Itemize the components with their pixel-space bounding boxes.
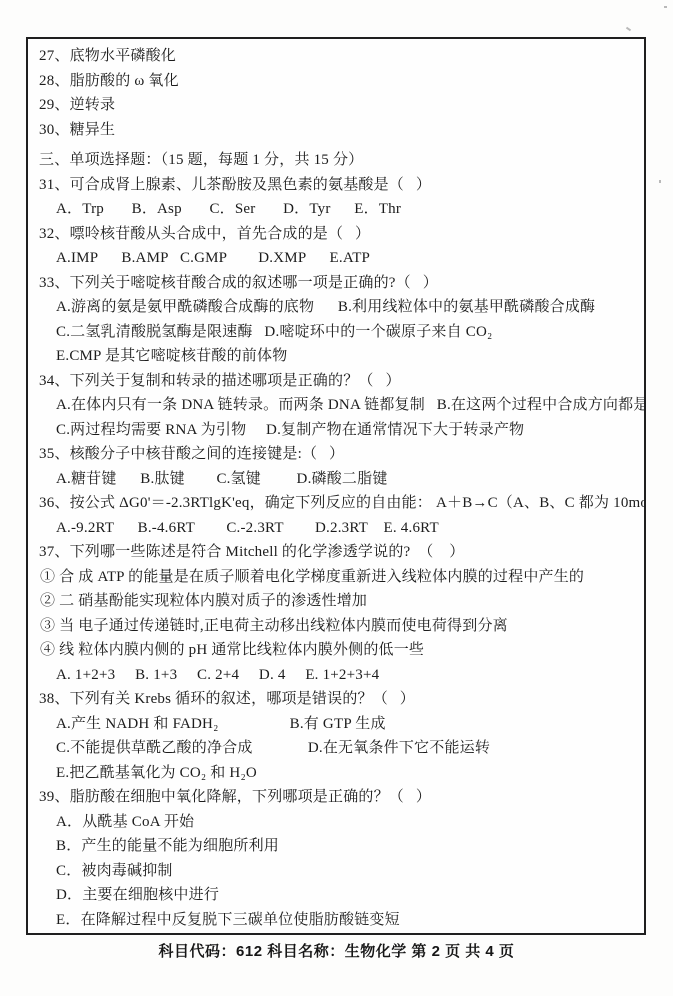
exam-body: 27、底物水平磷酸化28、脂肪酸的 ω 氧化29、逆转录30、糖异生三、单项选择… [39,44,638,932]
question-stem: 31、可合成肾上腺素、儿茶酚胺及黑色素的氨基酸是（ ） [39,173,638,198]
question-stem: 37、下列哪一些陈述是符合 Mitchell 的化学渗透学说的? （ ） [39,540,638,565]
section-header: 三、单项选择题：（15 题，每题 1 分，共 15 分） [39,148,638,173]
statement-line: ④ 线 粒体内膜内侧的 pH 通常比线粒体内膜外侧的低一些 [39,638,638,663]
option-line: A.产生 NADH 和 FADH₂ B.有 GTP 生成 [39,712,638,737]
option-line: E.CMP 是其它嘧啶核苷酸的前体物 [39,344,638,369]
option-line: C.二氢乳清酸脱氢酶是限速酶 D.嘧啶环中的一个碳原子来自 CO₂ [39,320,638,345]
option-line: A.IMP B.AMP C.GMP D.XMP E.ATP [39,246,638,271]
option-line: E．在降解过程中反复脱下三碳单位使脂肪酸链变短 [39,908,638,933]
option-line: A.糖苷键 B.肽键 C.氢键 D.磷酸二脂键 [39,467,638,492]
option-line: C.两过程均需要 RNA 为引物 D.复制产物在通常情况下大于转录产物 [39,418,638,443]
scan-artifact [664,6,667,8]
option-line: A．从酰基 CoA 开始 [39,810,638,835]
question-stem: 36、按公式 ΔG0'＝-2.3RTlgK'eq，确定下列反应的自由能： A＋B… [39,491,638,516]
option-line: A. 1+2+3 B. 1+3 C. 2+4 D. 4 E. 1+2+3+4 [39,663,638,688]
option-line: A.在体内只有一条 DNA 链转录。而两条 DNA 链都复制 B.在这两个过程中… [39,393,638,418]
scan-artifact [626,27,631,32]
option-line: C．被肉毒碱抑制 [39,859,638,884]
option-line: C.不能提供草酰乙酸的净合成 D.在无氧条件下它不能运转 [39,736,638,761]
option-line: A.-9.2RT B.-4.6RT C.-2.3RT D.2.3RT E. 4.… [39,516,638,541]
question-stem: 34、下列关于复制和转录的描述哪项是正确的？（ ） [39,369,638,394]
question-stem: 33、下列关于嘧啶核苷酸合成的叙述哪一项是正确的?（ ） [39,271,638,296]
exam-content-frame: 27、底物水平磷酸化28、脂肪酸的 ω 氧化29、逆转录30、糖异生三、单项选择… [26,37,646,935]
option-line: A．Trp B．Asp C．Ser D．Tyr E．Thr [39,197,638,222]
short-answer-item: 29、逆转录 [39,93,638,118]
option-line: E.把乙酰基氧化为 CO₂ 和 H₂O [39,761,638,786]
statement-line: ① 合 成 ATP 的能量是在质子顺着电化学梯度重新进入线粒体内膜的过程中产生的 [39,565,638,590]
statement-line: ③ 当 电子通过传递链时,正电荷主动移出线粒体内膜而使电荷得到分离 [39,614,638,639]
question-stem: 38、下列有关 Krebs 循环的叙述，哪项是错误的？（ ） [39,687,638,712]
footer-text: 科目代码：612 科目名称：生物化学 第 2 页 共 4 页 [159,943,515,960]
scan-artifact [659,180,661,183]
short-answer-item: 27、底物水平磷酸化 [39,44,638,69]
question-stem: 32、嘌呤核苷酸从头合成中，首先合成的是（ ） [39,222,638,247]
short-answer-item: 30、糖异生 [39,118,638,143]
option-line: D．主要在细胞核中进行 [39,883,638,908]
page-footer: 科目代码：612 科目名称：生物化学 第 2 页 共 4 页 [0,940,673,961]
question-stem: 35、核酸分子中核苷酸之间的连接键是:（ ） [39,442,638,467]
question-stem: 39、脂肪酸在细胞中氧化降解，下列哪项是正确的？（ ） [39,785,638,810]
option-line: B．产生的能量不能为细胞所利用 [39,834,638,859]
short-answer-item: 28、脂肪酸的 ω 氧化 [39,69,638,94]
statement-line: ② 二 硝基酚能实现粒体内膜对质子的渗透性增加 [39,589,638,614]
option-line: A.游离的氨是氨甲酰磷酸合成酶的底物 B.利用线粒体中的氨基甲酰磷酸合成酶 [39,295,638,320]
